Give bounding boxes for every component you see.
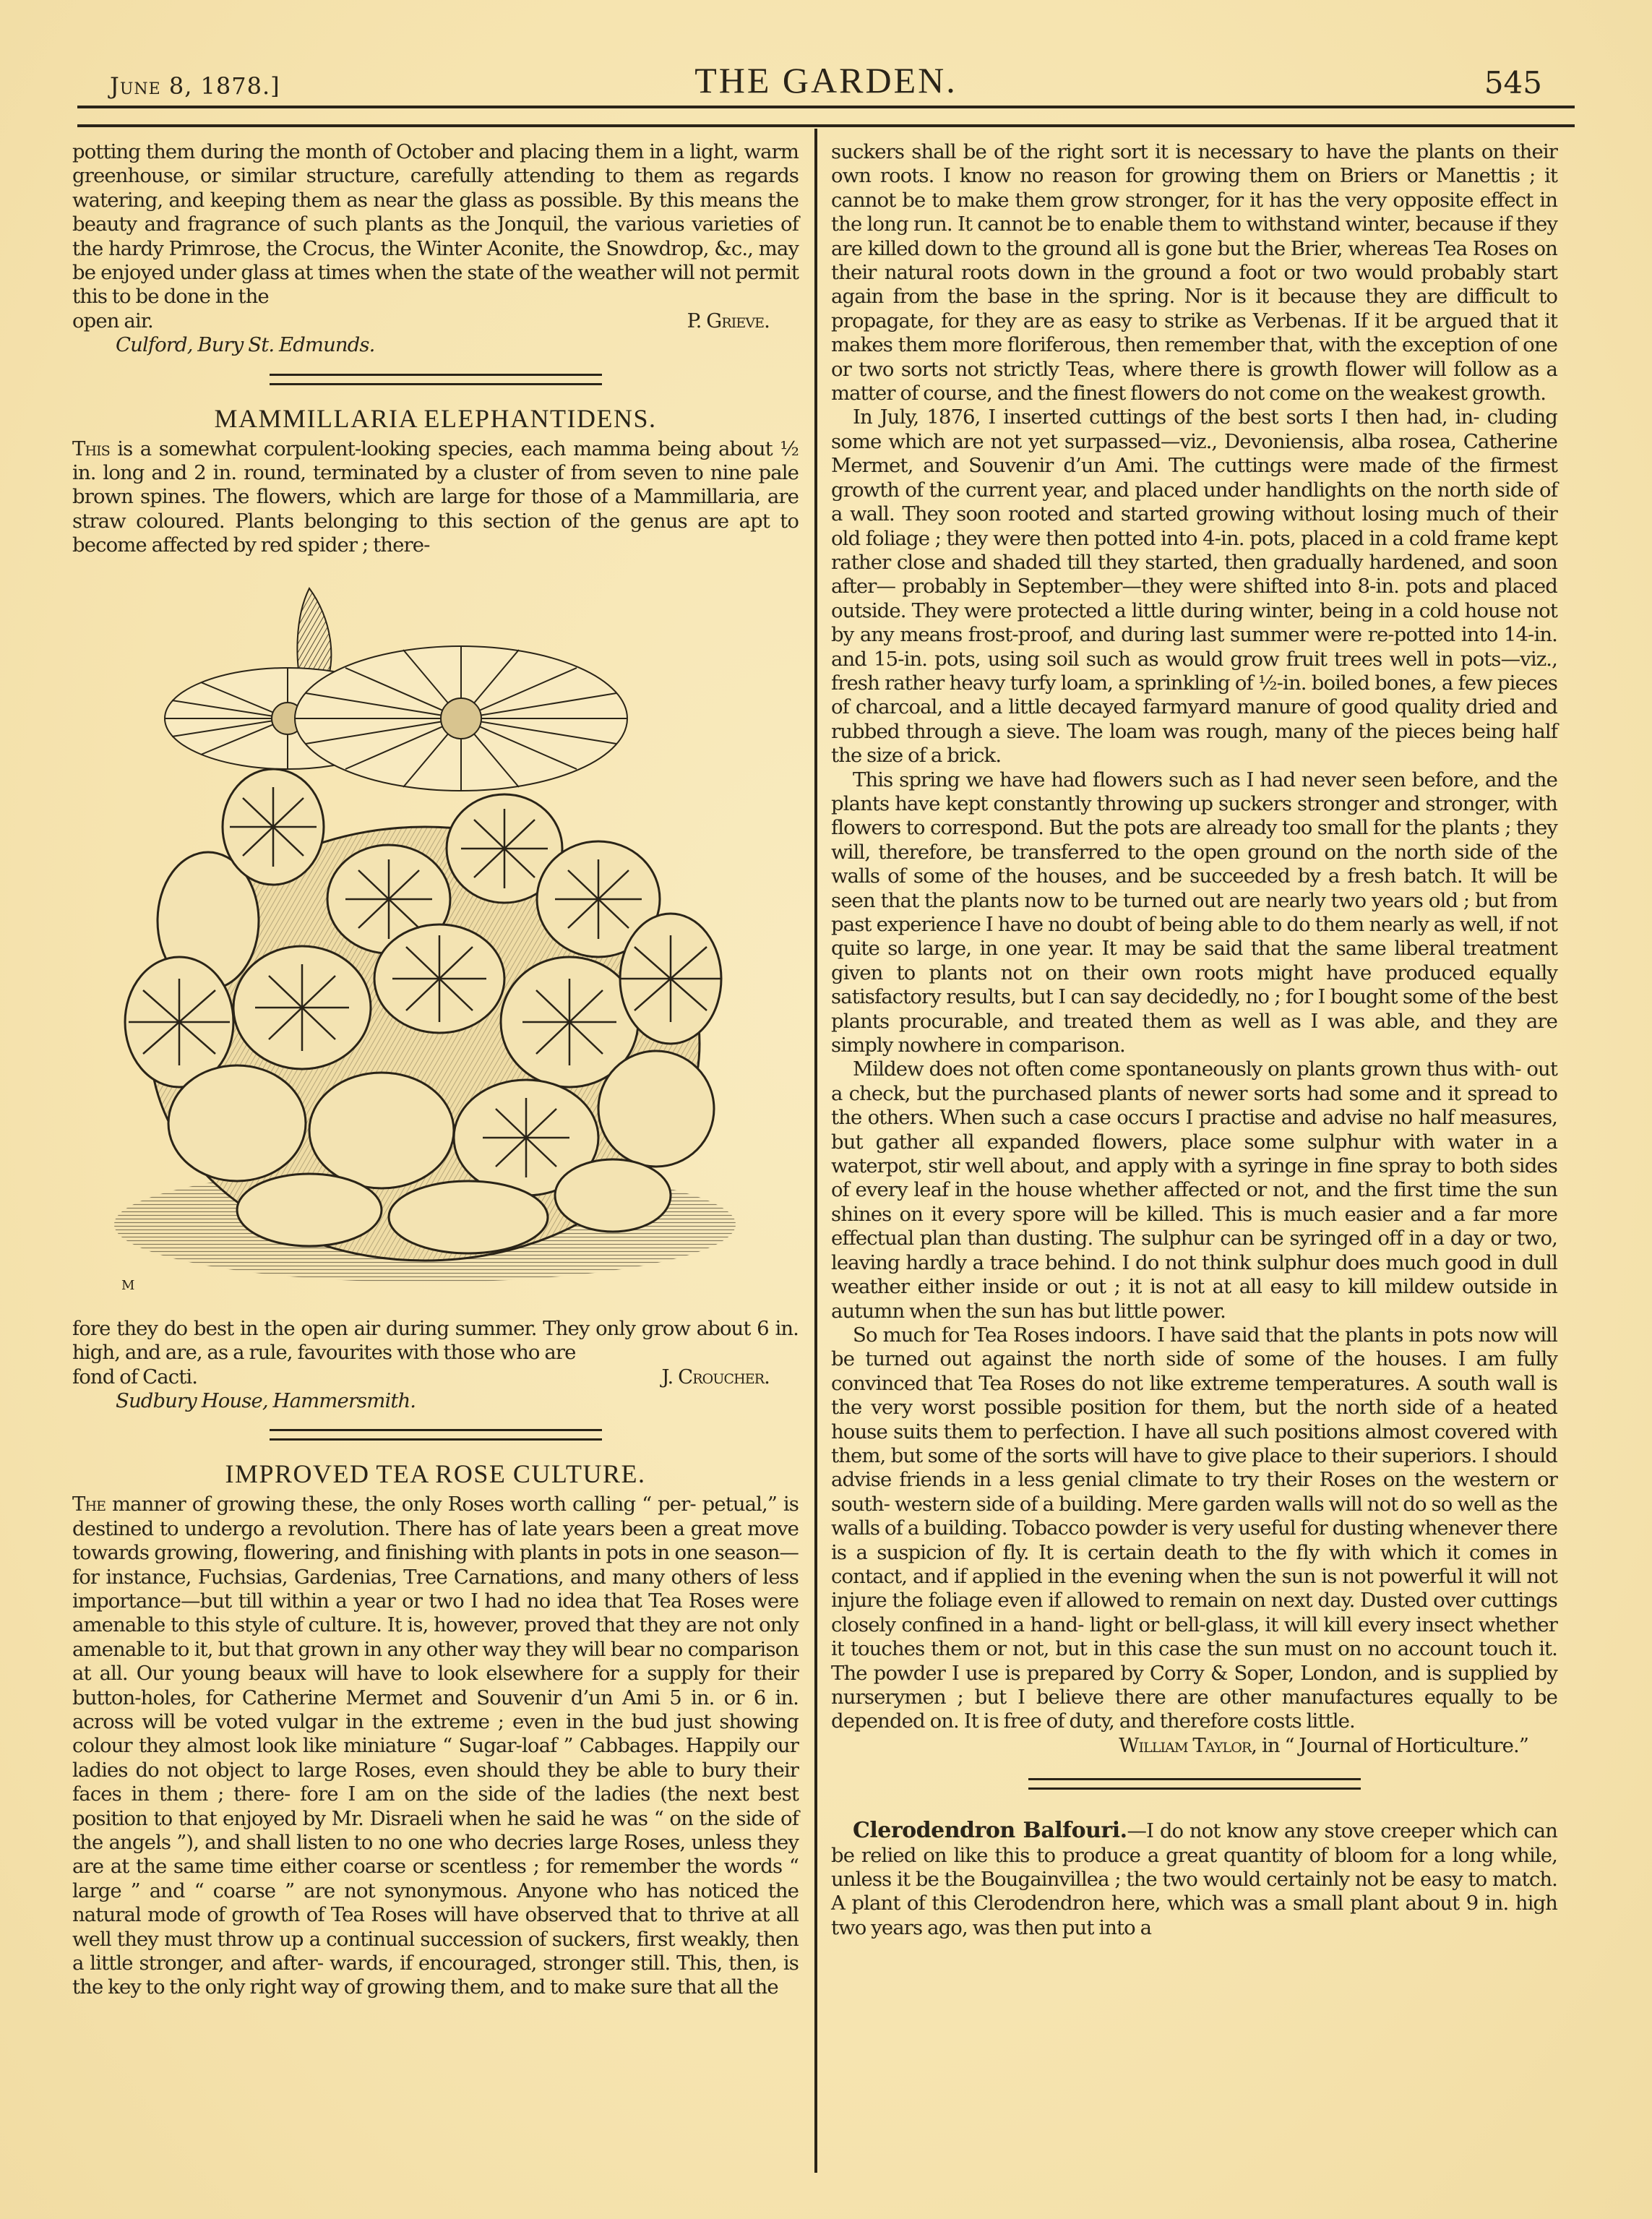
paragraph: This spring we have had flowers such as … xyxy=(831,768,1557,1058)
cactus-illustration-icon: M xyxy=(93,574,779,1304)
paragraph: suckers shall be of the right sort it is… xyxy=(831,140,1557,405)
last-line: fond of Cacti. xyxy=(72,1365,197,1389)
author-name: J. Croucher. xyxy=(661,1365,799,1389)
paragraph: potting them during the month of October… xyxy=(72,140,799,309)
running-head: June 8, 1878.] THE GARDEN. 545 xyxy=(72,59,1580,110)
column-divider xyxy=(814,129,817,2173)
last-line: open air. xyxy=(72,309,153,333)
page-number: 545 xyxy=(1484,65,1542,100)
author-name: William Taylor, xyxy=(1119,1734,1257,1757)
section-divider xyxy=(1028,1778,1361,1790)
signature-line: fond of Cacti. J. Croucher. xyxy=(72,1365,799,1389)
publication-title: THE GARDEN. xyxy=(72,59,1580,101)
svg-text:M: M xyxy=(121,1278,134,1293)
cactus-engraving: M xyxy=(93,574,779,1304)
paragraph: In July, 1876, I inserted cuttings of th… xyxy=(831,405,1557,768)
section-divider xyxy=(270,374,602,385)
lead-word: This xyxy=(72,437,110,460)
lead-word: The xyxy=(72,1493,106,1516)
signature-line: open air. P. Grieve. xyxy=(72,309,799,333)
header-double-rule xyxy=(77,106,1575,127)
paragraph: So much for Tea Roses indoors. I have sa… xyxy=(831,1323,1557,1734)
source: in “ Journal of Horticulture.” xyxy=(1262,1734,1528,1757)
paragraph: This is a somewhat corpulent-looking spe… xyxy=(72,437,799,558)
right-column: suckers shall be of the right sort it is… xyxy=(831,140,1557,1940)
paragraph: The manner of growing these, the only Ro… xyxy=(72,1493,799,2000)
attribution: William Taylor, in “ Journal of Horticul… xyxy=(831,1734,1557,1758)
article-title: MAMMILLARIA ELEPHANTIDENS. xyxy=(72,403,799,434)
author-name: P. Grieve. xyxy=(687,309,799,333)
newspaper-page: June 8, 1878.] THE GARDEN. 545 potting t… xyxy=(0,0,1652,2219)
section-divider xyxy=(270,1429,602,1441)
paragraph: Clerodendron Balfouri.—I do not know any… xyxy=(831,1819,1557,1940)
article-tea-rose-continued: suckers shall be of the right sort it is… xyxy=(831,140,1557,1758)
article-title: IMPROVED TEA ROSE CULTURE. xyxy=(72,1458,799,1490)
article-tea-rose: IMPROVED TEA ROSE CULTURE. The manner of… xyxy=(72,1458,799,2000)
paragraph: Mildew does not often come spontaneously… xyxy=(831,1057,1557,1323)
author-place: Culford, Bury St. Edmunds. xyxy=(72,333,799,357)
author-place: Sudbury House, Hammersmith. xyxy=(72,1389,799,1413)
article-mammillaria: MAMMILLARIA ELEPHANTIDENS. This is a som… xyxy=(72,403,799,1414)
lead-heading: Clerodendron Balfouri. xyxy=(853,1818,1127,1843)
paragraph: fore they do best in the open air during… xyxy=(72,1317,799,1365)
left-column: potting them during the month of October… xyxy=(72,140,799,2000)
article-clerodendron: Clerodendron Balfouri.—I do not know any… xyxy=(831,1819,1557,1940)
article-bulbs-continued: potting them during the month of October… xyxy=(72,140,799,358)
